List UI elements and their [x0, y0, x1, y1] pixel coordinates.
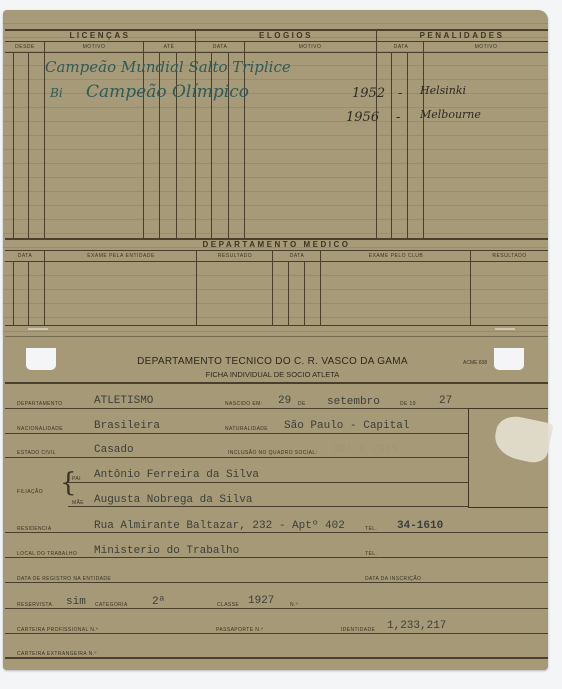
- field-underline: [5, 582, 548, 583]
- column-rule: [470, 250, 471, 325]
- column-header-data: DATA: [5, 253, 45, 259]
- label-filiacao: FILIAÇÃO: [17, 489, 43, 495]
- field-underline: [5, 408, 468, 409]
- handwritten-year: 1952: [352, 86, 385, 101]
- value-nacionalidade: Brasileira: [94, 420, 160, 432]
- column-header-data: DATA: [377, 44, 425, 50]
- field-underline: [5, 557, 548, 558]
- value-local-trabalho: Ministerio do Trabalho: [94, 545, 239, 557]
- label-nascido: NASCIDO EM:: [225, 401, 262, 407]
- column-rule: [272, 250, 273, 325]
- label-de: DE: [298, 401, 306, 407]
- value-pai: Antônio Ferreira da Silva: [94, 469, 259, 481]
- field-underline: [68, 482, 468, 483]
- value-mae: Augusta Nobrega da Silva: [94, 494, 252, 506]
- field-underline: [5, 633, 548, 634]
- column-header-motivo: MOTIVO: [425, 44, 547, 50]
- handwritten-prefix: Bi: [50, 86, 63, 100]
- value-categoria: 2ª: [152, 596, 165, 608]
- column-rule: [228, 52, 229, 238]
- label-departamento: DEPARTAMENTO: [17, 401, 63, 407]
- value-identidade: 1,233,217: [387, 620, 446, 632]
- label-nacionalidade: NACIONALIDADE: [17, 426, 63, 432]
- handwritten-dash: -: [398, 86, 402, 101]
- value-birth-day: 29: [278, 395, 291, 407]
- divider: [5, 52, 548, 53]
- section-title-licencas: LICENÇAS: [5, 31, 195, 40]
- handwritten-year: 1956: [346, 110, 379, 125]
- column-header-exame-club: EXAME PELO CLUB: [321, 253, 471, 259]
- column-rule: [423, 41, 424, 238]
- value-birth-year: 27: [439, 395, 452, 407]
- divider: [5, 250, 548, 251]
- column-header-ate: ATÉ: [143, 44, 195, 50]
- divider: [5, 261, 548, 262]
- column-header-data: DATA: [273, 253, 321, 259]
- column-rule: [159, 52, 160, 238]
- field-underline: [68, 506, 468, 507]
- value-naturalidade: São Paulo - Capital: [284, 420, 409, 432]
- column-rule: [211, 52, 212, 238]
- field-underline: [5, 657, 548, 659]
- column-rule: [196, 250, 197, 325]
- divider: [5, 325, 548, 326]
- column-header-resultado: RESULTADO: [471, 253, 548, 259]
- section-title-elogios: ELOGIOS: [196, 31, 376, 40]
- column-rule: [320, 250, 321, 325]
- section-title-penalidades: PENALIDADES: [377, 31, 547, 40]
- column-rule: [13, 52, 14, 238]
- column-header-resultado: RESULTADO: [197, 253, 273, 259]
- field-underline: [5, 457, 468, 458]
- divider: [5, 382, 548, 384]
- value-reservista: sim: [66, 596, 86, 608]
- column-rule: [13, 261, 14, 325]
- handwritten-place: Melbourne: [420, 108, 481, 121]
- value-classe: 1927: [248, 595, 274, 607]
- column-rule: [391, 52, 392, 238]
- column-header-data: DATA: [196, 44, 244, 50]
- column-rule: [407, 52, 408, 238]
- column-header-motivo: MOTIVO: [45, 44, 143, 50]
- column-header-desde: DESDE: [5, 44, 45, 50]
- card-lower-panel: [3, 335, 548, 670]
- field-underline: [5, 532, 548, 533]
- column-rule: [376, 29, 377, 238]
- fold-mark: [495, 328, 515, 330]
- field-underline: [5, 433, 468, 434]
- column-rule: [176, 52, 177, 238]
- value-residencia: Rua Almirante Baltazar, 232 - Aptº 402: [94, 520, 345, 532]
- column-rule: [304, 261, 305, 325]
- value-estado-civil: Casado: [94, 444, 134, 456]
- handwritten-place: Helsinki: [420, 84, 466, 97]
- label-naturalidade: NATURALIDADE: [225, 426, 268, 432]
- form-subtitle: FICHA INDIVIDUAL DE SOCIO ATLETA: [0, 370, 545, 379]
- fold-line: [5, 336, 548, 337]
- label-estado-civil: ESTADO CIVIL: [17, 450, 56, 456]
- column-rule: [28, 52, 29, 238]
- fold-mark: [28, 328, 48, 330]
- printer-mark: ACME 838: [463, 360, 487, 366]
- column-rule: [288, 261, 289, 325]
- handwritten-dash: -: [396, 110, 400, 125]
- section-title-medical: DEPARTAMENTO MEDICO: [5, 240, 548, 249]
- column-header-exame-entidade: EXAME PELA ENTIDADE: [45, 253, 197, 259]
- column-rule: [44, 250, 45, 325]
- field-underline: [5, 608, 548, 609]
- value-departamento: ATLETISMO: [94, 395, 153, 407]
- handwritten-title-line: Campeão Mundial Salto Triplice: [45, 58, 291, 76]
- column-rule: [28, 261, 29, 325]
- value-birth-month: setembro: [327, 396, 380, 408]
- value-inclusao: 30/ 4 /955: [332, 444, 398, 456]
- label-inclusao: INCLUSÃO NO QUADRO SOCIAL:: [228, 450, 317, 456]
- column-header-motivo: MOTIVO: [244, 44, 376, 50]
- label-de-19: DE 19: [400, 401, 416, 407]
- divider: [5, 41, 548, 42]
- handwritten-olympic-line: Campeão Olímpico: [86, 82, 249, 102]
- filiacao-brace: {: [60, 470, 77, 496]
- value-tel: 34-1610: [397, 520, 443, 532]
